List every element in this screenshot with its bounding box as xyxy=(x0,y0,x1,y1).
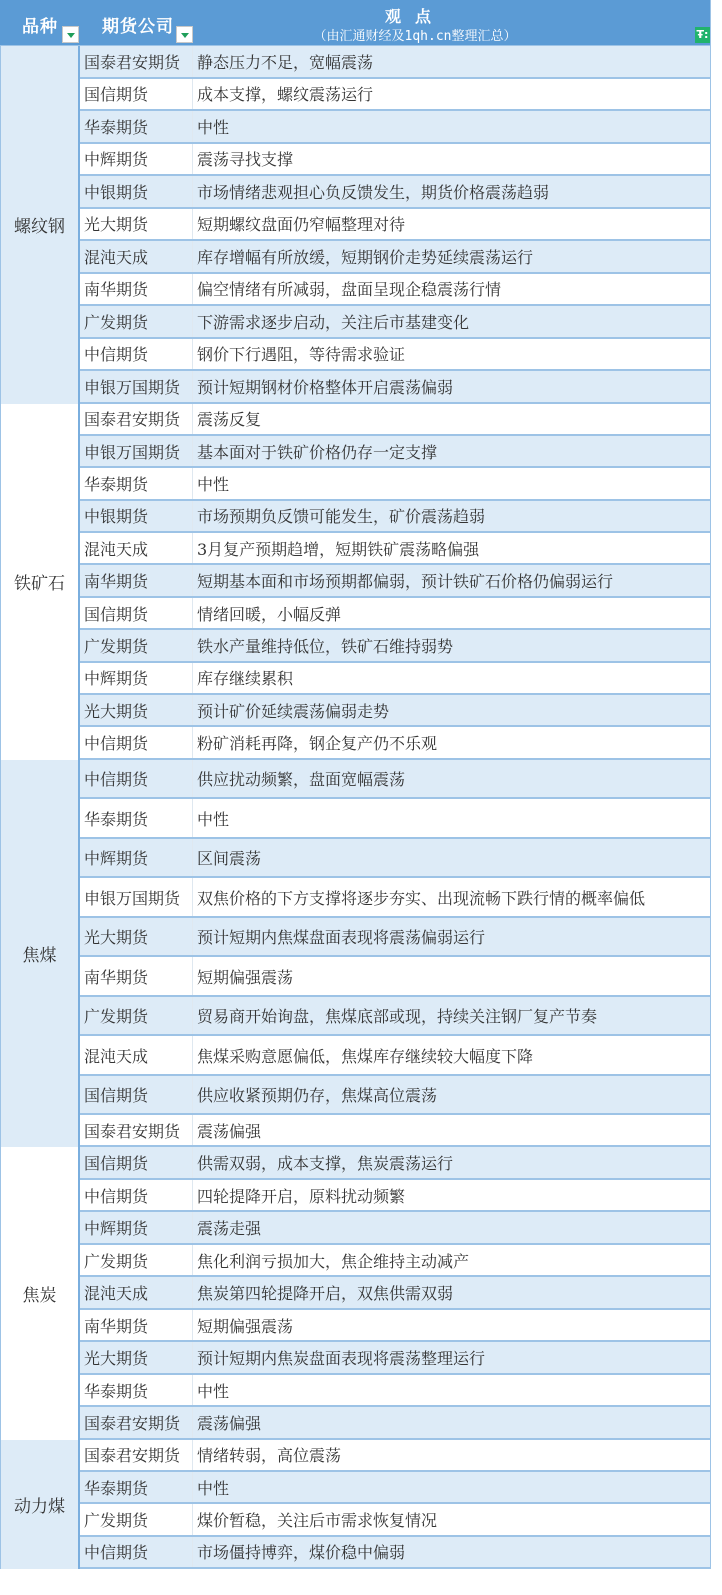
company-cell: 华泰期货 xyxy=(80,111,193,142)
table-row: 中银期货市场预期负反馈可能发生，矿价震荡趋弱 xyxy=(80,501,710,533)
view-cell: 供应收紧预期仍存，焦煤高位震荡 xyxy=(193,1083,710,1106)
company-cell: 中信期货 xyxy=(80,727,193,757)
company-cell: 中信期货 xyxy=(80,1537,193,1567)
group-coking-coal: 焦煤 中信期货供应扰动频繁，盘面宽幅震荡 华泰期货中性 中辉期货区间震荡 申银万… xyxy=(0,760,710,1148)
company-cell: 华泰期货 xyxy=(80,468,193,498)
table-row: 混沌天成库存增幅有所放缓，短期钢价走势延续震荡运行 xyxy=(80,241,710,274)
table-row: 中信期货钢价下行遇阻，等待需求验证 xyxy=(80,339,710,372)
table-row: 广发期货焦化利润亏损加大，焦企维持主动减产 xyxy=(80,1245,710,1278)
view-cell: 焦煤采购意愿偏低，焦煤库存继续较大幅度下降 xyxy=(193,1044,710,1067)
table-row: 中银期货市场情绪悲观担心负反馈发生，期货价格震荡趋弱 xyxy=(80,176,710,209)
view-cell: 钢价下行遇阻，等待需求验证 xyxy=(193,342,710,365)
table-row: 中信期货供应扰动频繁，盘面宽幅震荡 xyxy=(80,760,710,800)
table-row: 中信期货市场僵持博弈，煤价稳中偏弱 xyxy=(80,1537,710,1569)
view-cell: 市场预期负反馈可能发生，矿价震荡趋弱 xyxy=(193,504,710,527)
company-cell: 华泰期货 xyxy=(80,1375,193,1406)
table-row: 申银万国期货双焦价格的下方支撑将逐步夯实、出现流畅下跌行情的概率偏低 xyxy=(80,878,710,918)
table-row: 南华期货短期偏强震荡 xyxy=(80,1310,710,1343)
view-cell: 震荡走强 xyxy=(193,1216,710,1239)
company-cell: 广发期货 xyxy=(80,997,193,1035)
company-cell: 申银万国期货 xyxy=(80,436,193,466)
view-cell: 市场情绪悲观担心负反馈发生，期货价格震荡趋弱 xyxy=(193,180,710,203)
view-cell: 焦化利润亏损加大，焦企维持主动减产 xyxy=(193,1249,710,1272)
company-cell: 国泰君安期货 xyxy=(80,1115,193,1145)
table-row: 国信期货供需双弱，成本支撑，焦炭震荡运行 xyxy=(80,1147,710,1180)
view-cell: 预计短期内焦炭盘面表现将震荡整理运行 xyxy=(193,1346,710,1369)
table-row: 中信期货粉矿消耗再降，钢企复产仍不乐观 xyxy=(80,727,710,759)
company-cell: 国泰君安期货 xyxy=(80,46,193,77)
view-cell: 市场僵持博弈，煤价稳中偏弱 xyxy=(193,1540,710,1563)
view-cell: 铁水产量维持低位，铁矿石维持弱势 xyxy=(193,634,710,657)
company-cell: 国泰君安期货 xyxy=(80,1407,193,1438)
company-cell: 中辉期货 xyxy=(80,1212,193,1243)
table-row: 华泰期货中性 xyxy=(80,468,710,500)
view-cell: 焦炭第四轮提降开启，双焦供需双弱 xyxy=(193,1281,710,1304)
table-row: 混沌天成焦煤采购意愿偏低，焦煤库存继续较大幅度下降 xyxy=(80,1036,710,1076)
table-row: 华泰期货中性 xyxy=(80,111,710,144)
table-row: 南华期货短期偏强震荡 xyxy=(80,957,710,997)
table-row: 光大期货短期螺纹盘面仍窄幅整理对待 xyxy=(80,209,710,242)
header-view-source: （由汇通财经及1qh.cn整理汇总） xyxy=(0,25,710,44)
company-cell: 混沌天成 xyxy=(80,1277,193,1308)
company-cell: 国信期货 xyxy=(80,598,193,628)
table-row: 国泰君安期货情绪转弱，高位震荡 xyxy=(80,1440,710,1472)
table-row: 南华期货短期基本面和市场预期都偏弱，预计铁矿石价格仍偏弱运行 xyxy=(80,565,710,597)
table-row: 南华期货偏空情绪有所减弱，盘面呈现企稳震荡行情 xyxy=(80,274,710,307)
company-cell: 中信期货 xyxy=(80,339,193,370)
view-cell: 震荡偏强 xyxy=(193,1411,710,1434)
table-row: 广发期货下游需求逐步启动，关注后市基建变化 xyxy=(80,306,710,339)
group-rebar: 螺纹钢 国泰君安期货静态压力不足，宽幅震荡 国信期货成本支撑，螺纹震荡运行 华泰… xyxy=(0,46,710,404)
group-coke: 焦炭 国信期货供需双弱，成本支撑，焦炭震荡运行 中信期货四轮提降开启，原料扰动频… xyxy=(0,1147,710,1440)
table-row: 国信期货供应收紧预期仍存，焦煤高位震荡 xyxy=(80,1076,710,1116)
view-cell: 区间震荡 xyxy=(193,846,710,869)
table-row: 申银万国期货基本面对于铁矿价格仍存一定支撑 xyxy=(80,436,710,468)
variety-cell: 螺纹钢 xyxy=(0,46,80,404)
company-cell: 光大期货 xyxy=(80,918,193,956)
view-cell: 中性 xyxy=(193,115,710,138)
company-cell: 中信期货 xyxy=(80,1180,193,1211)
table-row: 申银万国期货预计短期钢材价格整体开启震荡偏弱 xyxy=(80,371,710,404)
view-cell: 短期偏强震荡 xyxy=(193,1314,710,1337)
table-row: 光大期货预计短期内焦炭盘面表现将震荡整理运行 xyxy=(80,1342,710,1375)
table-row: 光大期货预计矿价延续震荡偏弱走势 xyxy=(80,695,710,727)
variety-cell: 焦煤 xyxy=(0,760,80,1148)
group-thermal-coal: 动力煤 国泰君安期货情绪转弱，高位震荡 华泰期货中性 广发期货煤价暂稳，关注后市… xyxy=(0,1440,710,1569)
company-cell: 中辉期货 xyxy=(80,839,193,877)
company-cell: 光大期货 xyxy=(80,209,193,240)
table-row: 华泰期货中性 xyxy=(80,1472,710,1504)
view-cell: 库存继续累积 xyxy=(193,666,710,689)
view-cell: 短期螺纹盘面仍窄幅整理对待 xyxy=(193,212,710,235)
view-cell: 双焦价格的下方支撑将逐步夯实、出现流畅下跌行情的概率偏低 xyxy=(193,886,710,909)
company-cell: 申银万国期货 xyxy=(80,371,193,402)
table-header: 品种 期货公司 观点 （由汇通财经及1qh.cn整理汇总） Ŧ: xyxy=(0,0,710,46)
company-cell: 申银万国期货 xyxy=(80,878,193,916)
company-cell: 国信期货 xyxy=(80,1076,193,1114)
view-cell: 震荡偏强 xyxy=(193,1119,710,1142)
view-cell: 预计短期内焦煤盘面表现将震荡偏弱运行 xyxy=(193,925,710,948)
view-cell: 短期基本面和市场预期都偏弱，预计铁矿石价格仍偏弱运行 xyxy=(193,569,710,592)
table-row: 混沌天成焦炭第四轮提降开启，双焦供需双弱 xyxy=(80,1277,710,1310)
table-row: 广发期货煤价暂稳，关注后市需求恢复情况 xyxy=(80,1504,710,1536)
view-cell: 基本面对于铁矿价格仍存一定支撑 xyxy=(193,440,710,463)
view-cell: 成本支撑，螺纹震荡运行 xyxy=(193,82,710,105)
table-row: 中辉期货区间震荡 xyxy=(80,839,710,879)
company-cell: 南华期货 xyxy=(80,274,193,305)
view-cell: 下游需求逐步启动，关注后市基建变化 xyxy=(193,310,710,333)
company-cell: 南华期货 xyxy=(80,1310,193,1341)
table-row: 中辉期货震荡寻找支撑 xyxy=(80,144,710,177)
view-cell: 库存增幅有所放缓，短期钢价走势延续震荡运行 xyxy=(193,245,710,268)
view-cell: 震荡寻找支撑 xyxy=(193,147,710,170)
view-cell: 情绪回暖，小幅反弹 xyxy=(193,602,710,625)
view-cell: 中性 xyxy=(193,1476,710,1499)
company-cell: 中信期货 xyxy=(80,760,193,798)
view-cell: 预计矿价延续震荡偏弱走势 xyxy=(193,699,710,722)
table-row: 国信期货成本支撑，螺纹震荡运行 xyxy=(80,79,710,112)
view-cell: 中性 xyxy=(193,472,710,495)
view-cell: 预计短期钢材价格整体开启震荡偏弱 xyxy=(193,375,710,398)
variety-cell: 铁矿石 xyxy=(0,404,80,760)
table-row: 国泰君安期货震荡偏强 xyxy=(80,1407,710,1440)
company-cell: 混沌天成 xyxy=(80,241,193,272)
header-view: 观点 xyxy=(0,4,710,27)
view-cell: 供应扰动频繁，盘面宽幅震荡 xyxy=(193,767,710,790)
table-row: 华泰期货中性 xyxy=(80,1375,710,1408)
company-cell: 混沌天成 xyxy=(80,533,193,563)
variety-cell: 动力煤 xyxy=(0,1440,80,1569)
company-cell: 广发期货 xyxy=(80,306,193,337)
view-cell: 贸易商开始询盘，焦煤底部或现，持续关注钢厂复产节奏 xyxy=(193,1004,710,1027)
company-cell: 中辉期货 xyxy=(80,663,193,693)
company-cell: 光大期货 xyxy=(80,695,193,725)
company-cell: 中银期货 xyxy=(80,176,193,207)
table-row: 广发期货铁水产量维持低位，铁矿石维持弱势 xyxy=(80,630,710,662)
table-row: 国泰君安期货静态压力不足，宽幅震荡 xyxy=(80,46,710,79)
table-row: 光大期货预计短期内焦煤盘面表现将震荡偏弱运行 xyxy=(80,918,710,958)
company-cell: 国信期货 xyxy=(80,1147,193,1178)
company-cell: 国泰君安期货 xyxy=(80,404,193,434)
company-cell: 国泰君安期货 xyxy=(80,1440,193,1470)
company-cell: 中辉期货 xyxy=(80,144,193,175)
view-cell: 中性 xyxy=(193,807,710,830)
view-cell: 短期偏强震荡 xyxy=(193,965,710,988)
company-cell: 混沌天成 xyxy=(80,1036,193,1074)
view-cell: 煤价暂稳，关注后市需求恢复情况 xyxy=(193,1508,710,1531)
table-row: 国泰君安期货震荡偏强 xyxy=(80,1115,710,1147)
view-cell: 静态压力不足，宽幅震荡 xyxy=(193,50,710,73)
variety-cell: 焦炭 xyxy=(0,1147,80,1440)
view-cell: 偏空情绪有所减弱，盘面呈现企稳震荡行情 xyxy=(193,277,710,300)
company-cell: 广发期货 xyxy=(80,1245,193,1276)
table-row: 中辉期货库存继续累积 xyxy=(80,663,710,695)
table-row: 华泰期货中性 xyxy=(80,799,710,839)
filter-active-icon[interactable]: Ŧ: xyxy=(695,27,710,43)
company-cell: 广发期货 xyxy=(80,1504,193,1534)
company-cell: 华泰期货 xyxy=(80,799,193,837)
table-row: 国信期货情绪回暖，小幅反弹 xyxy=(80,598,710,630)
company-cell: 国信期货 xyxy=(80,79,193,110)
company-cell: 中银期货 xyxy=(80,501,193,531)
table-row: 中辉期货震荡走强 xyxy=(80,1212,710,1245)
company-cell: 广发期货 xyxy=(80,630,193,660)
view-cell: 供需双弱，成本支撑，焦炭震荡运行 xyxy=(193,1151,710,1174)
view-cell: 四轮提降开启，原料扰动频繁 xyxy=(193,1184,710,1207)
company-cell: 华泰期货 xyxy=(80,1472,193,1502)
table-row: 中信期货四轮提降开启，原料扰动频繁 xyxy=(80,1180,710,1213)
view-cell: 3月复产预期趋增，短期铁矿震荡略偏强 xyxy=(193,537,710,560)
group-iron-ore: 铁矿石 国泰君安期货震荡反复 申银万国期货基本面对于铁矿价格仍存一定支撑 华泰期… xyxy=(0,404,710,760)
table-row: 广发期货贸易商开始询盘，焦煤底部或现，持续关注钢厂复产节奏 xyxy=(80,997,710,1037)
futures-opinion-table: 品种 期货公司 观点 （由汇通财经及1qh.cn整理汇总） Ŧ: 螺纹钢 国泰君… xyxy=(0,0,711,1569)
company-cell: 光大期货 xyxy=(80,1342,193,1373)
view-cell: 粉矿消耗再降，钢企复产仍不乐观 xyxy=(193,731,710,754)
view-cell: 中性 xyxy=(193,1379,710,1402)
view-cell: 情绪转弱，高位震荡 xyxy=(193,1443,710,1466)
company-cell: 南华期货 xyxy=(80,565,193,595)
table-row: 混沌天成3月复产预期趋增，短期铁矿震荡略偏强 xyxy=(80,533,710,565)
table-row: 国泰君安期货震荡反复 xyxy=(80,404,710,436)
view-cell: 震荡反复 xyxy=(193,407,710,430)
company-cell: 南华期货 xyxy=(80,957,193,995)
